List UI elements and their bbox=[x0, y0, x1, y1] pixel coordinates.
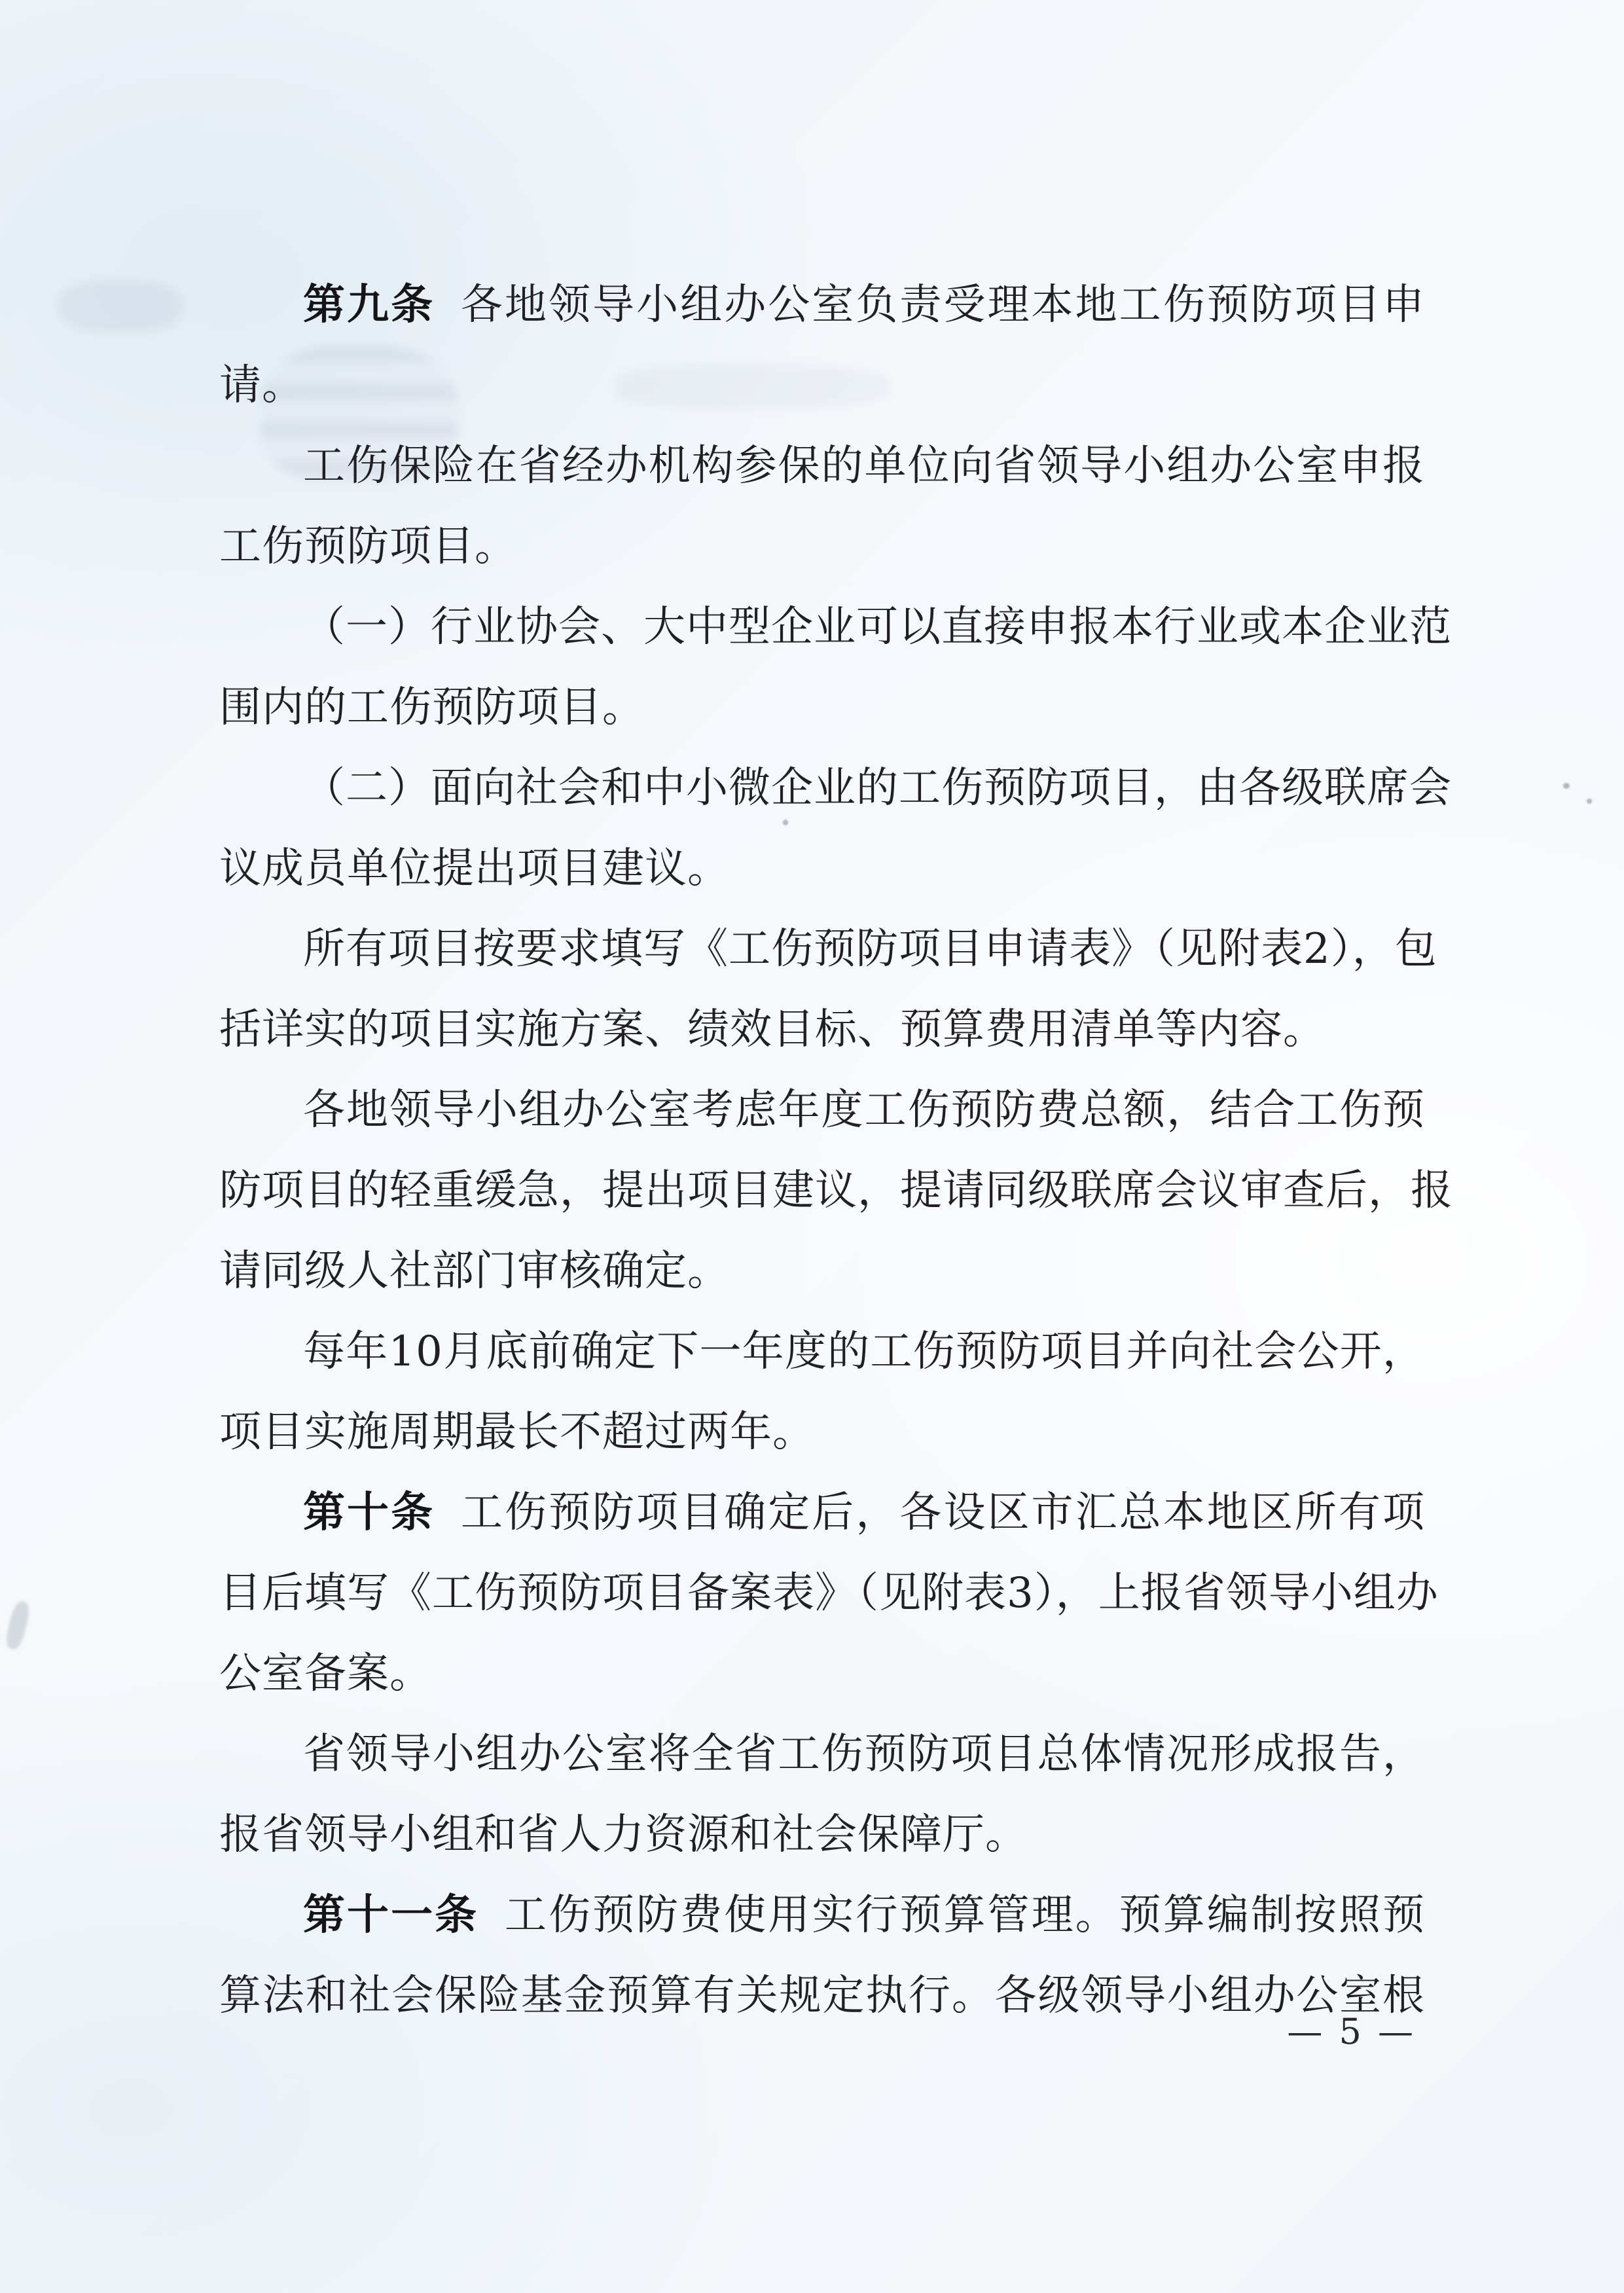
article-number: 第十条 bbox=[303, 1489, 435, 1537]
text-line: （二）面向社会和中小微企业的工伤预防项目，由各级联席会 bbox=[219, 748, 1425, 829]
line-text: 防项目的轻重缓急，提出项目建议，提请同级联席会议审查后，报 bbox=[219, 1166, 1453, 1215]
text-line: 第十条工伤预防项目确定后，各设区市汇总本地区所有项 bbox=[219, 1473, 1425, 1553]
line-text: 省领导小组办公室将全省工伤预防项目总体情况形成报告， bbox=[303, 1730, 1425, 1778]
text-line: 工伤预防项目。 bbox=[219, 507, 1425, 587]
line-text: 各地领导小组办公室考虑年度工伤预防费总额，结合工伤预 bbox=[303, 1086, 1425, 1134]
line-text: 请同级人社部门审核确定。 bbox=[219, 1247, 730, 1295]
text-line: 算法和社会保险基金预算有关规定执行。各级领导小组办公室根 bbox=[219, 1956, 1425, 2036]
text-line: 请同级人社部门审核确定。 bbox=[219, 1231, 1425, 1312]
text-line: 工伤保险在省经办机构参保的单位向省领导小组办公室申报 bbox=[219, 426, 1425, 507]
text-line: 第九条各地领导小组办公室负责受理本地工伤预防项目申 bbox=[219, 265, 1425, 346]
line-text: 所有项目按要求填写《工伤预防项目申请表》（见附表2），包 bbox=[303, 925, 1437, 973]
line-text: 每年10月底前确定下一年度的工伤预防项目并向社会公开， bbox=[303, 1327, 1425, 1376]
page-number: — 5 — bbox=[1287, 2011, 1416, 2052]
text-line: 括详实的项目实施方案、绩效目标、预算费用清单等内容。 bbox=[219, 990, 1425, 1070]
document-body: 第九条各地领导小组办公室负责受理本地工伤预防项目申 请。 工伤保险在省经办机构参… bbox=[219, 265, 1425, 2036]
text-line: 报省领导小组和省人力资源和社会保障厅。 bbox=[219, 1795, 1425, 1875]
text-line: 第十一条工伤预防费使用实行预算管理。预算编制按照预 bbox=[219, 1875, 1425, 1956]
line-text: （一）行业协会、大中型企业可以直接申报本行业或本企业范 bbox=[303, 603, 1452, 651]
text-line: 每年10月底前确定下一年度的工伤预防项目并向社会公开， bbox=[219, 1312, 1425, 1392]
text-line: 项目实施周期最长不超过两年。 bbox=[219, 1392, 1425, 1473]
text-line: 所有项目按要求填写《工伤预防项目申请表》（见附表2），包 bbox=[219, 909, 1425, 990]
line-text: （二）面向社会和中小微企业的工伤预防项目，由各级联席会 bbox=[303, 764, 1452, 812]
line-text: 算法和社会保险基金预算有关规定执行。各级领导小组办公室根 bbox=[219, 1972, 1425, 2020]
text-line: 议成员单位提出项目建议。 bbox=[219, 829, 1425, 909]
line-text: 各地领导小组办公室负责受理本地工伤预防项目申 bbox=[461, 281, 1425, 329]
line-text: 目后填写《工伤预防项目备案表》（见附表3），上报省领导小组办 bbox=[219, 1569, 1439, 1617]
line-text: 报省领导小组和省人力资源和社会保障厅。 bbox=[219, 1811, 1028, 1859]
text-line: 目后填写《工伤预防项目备案表》（见附表3），上报省领导小组办 bbox=[219, 1553, 1425, 1634]
margin-smudge bbox=[3, 1600, 31, 1651]
scan-speck bbox=[1587, 799, 1592, 804]
article-number: 第九条 bbox=[303, 281, 435, 329]
bleedthrough-smudge bbox=[58, 280, 182, 333]
text-line: （一）行业协会、大中型企业可以直接申报本行业或本企业范 bbox=[219, 587, 1425, 668]
scan-speck bbox=[1563, 783, 1570, 789]
text-line: 防项目的轻重缓急，提出项目建议，提请同级联席会议审查后，报 bbox=[219, 1151, 1425, 1231]
line-text: 公室备案。 bbox=[219, 1650, 432, 1698]
line-text: 议成员单位提出项目建议。 bbox=[219, 844, 730, 893]
line-text: 工伤预防项目。 bbox=[219, 522, 517, 571]
line-text: 围内的工伤预防项目。 bbox=[219, 683, 645, 732]
line-text: 工伤预防费使用实行预算管理。预算编制按照预 bbox=[505, 1891, 1425, 1940]
text-line: 围内的工伤预防项目。 bbox=[219, 668, 1425, 748]
line-text: 工伤预防项目确定后，各设区市汇总本地区所有项 bbox=[461, 1489, 1425, 1537]
line-text: 括详实的项目实施方案、绩效目标、预算费用清单等内容。 bbox=[219, 1005, 1326, 1054]
text-line: 各地领导小组办公室考虑年度工伤预防费总额，结合工伤预 bbox=[219, 1070, 1425, 1151]
text-line: 公室备案。 bbox=[219, 1634, 1425, 1714]
scanned-document-page: 第九条各地领导小组办公室负责受理本地工伤预防项目申 请。 工伤保险在省经办机构参… bbox=[0, 0, 1624, 2293]
article-number: 第十一条 bbox=[303, 1891, 478, 1940]
text-line: 省领导小组办公室将全省工伤预防项目总体情况形成报告， bbox=[219, 1714, 1425, 1795]
line-text: 项目实施周期最长不超过两年。 bbox=[219, 1408, 815, 1456]
text-line: 请。 bbox=[219, 346, 1425, 426]
line-text: 请。 bbox=[219, 361, 304, 410]
line-text: 工伤保险在省经办机构参保的单位向省领导小组办公室申报 bbox=[303, 442, 1425, 490]
